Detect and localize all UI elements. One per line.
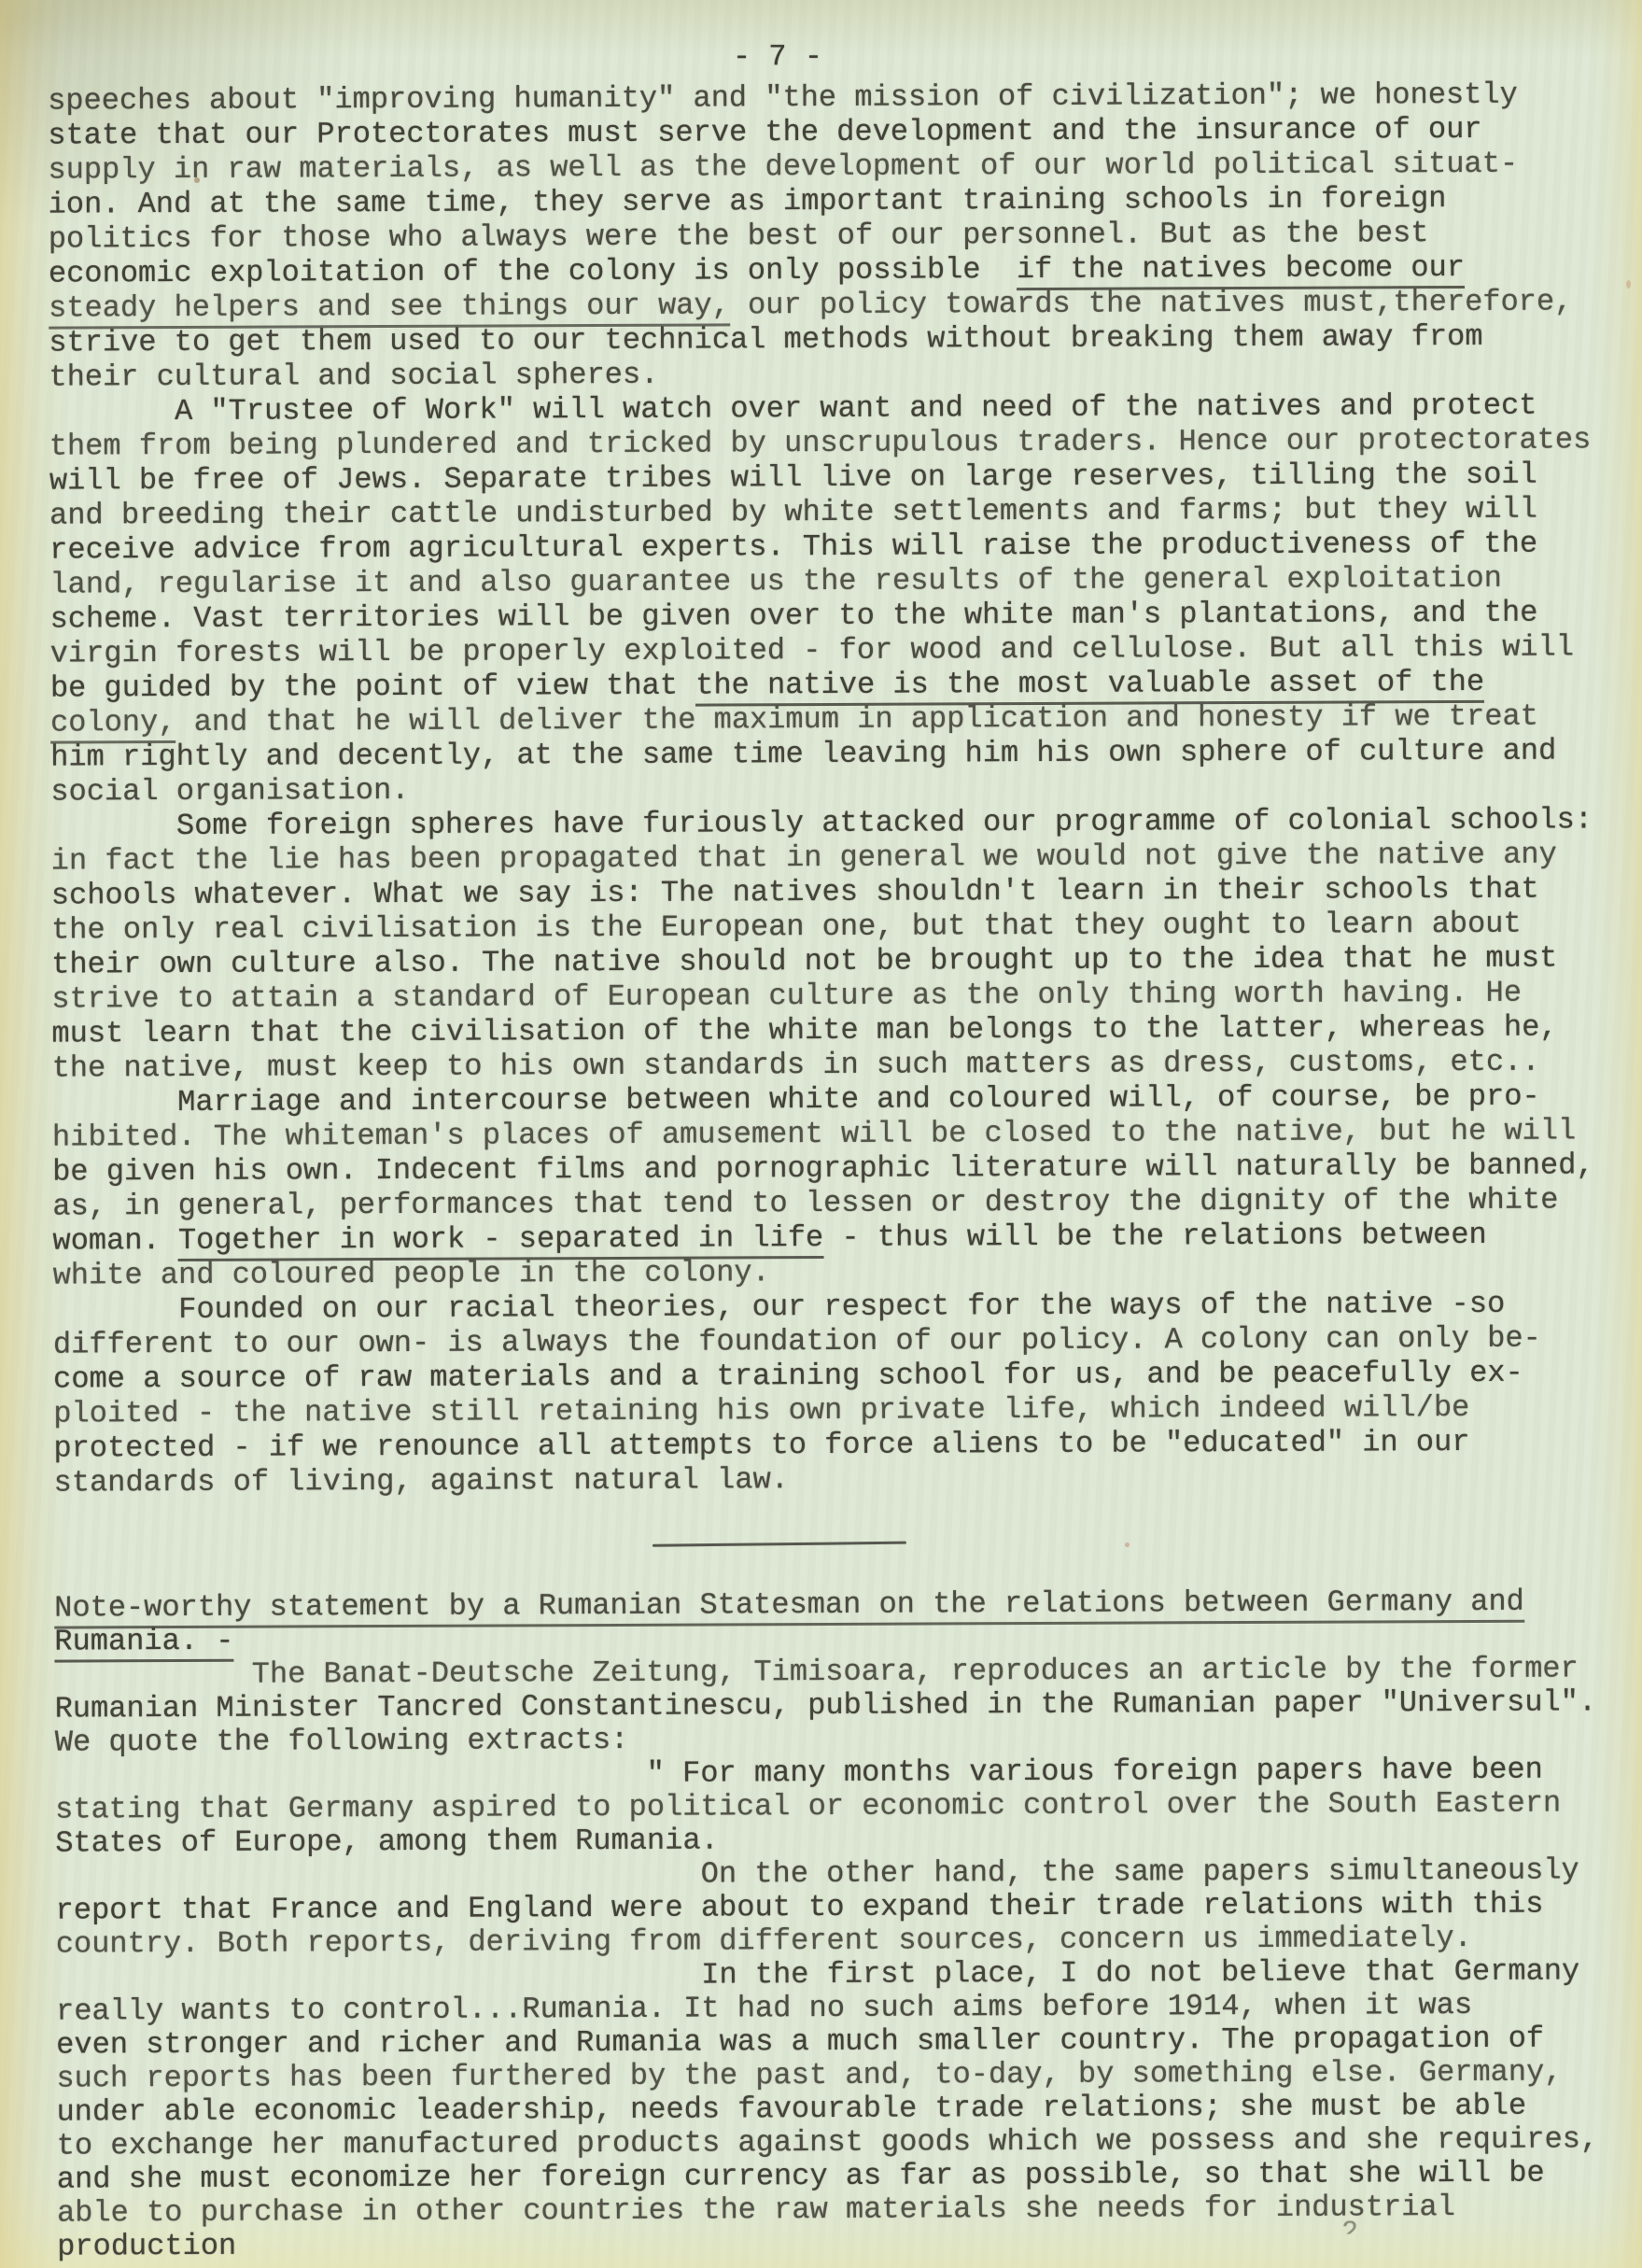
- text-run: social organisation.: [50, 773, 409, 810]
- text-run: our policy towards the natives must,ther…: [730, 284, 1573, 322]
- scanned-page-content: - 7 - speeches about "improving humanity…: [0, 0, 1642, 2268]
- text-run: strive to get them used to our technical…: [49, 319, 1482, 360]
- page: - 7 - speeches about "improving humanity…: [0, 0, 1642, 2268]
- paper-speck: [1626, 280, 1631, 289]
- article-section: Note-worthy statement by a Rumanian Stat…: [54, 1585, 1642, 2264]
- text-run: politics for those who always were the b…: [49, 216, 1429, 256]
- text-run: their cultural and social spheres.: [49, 358, 658, 395]
- body-text: speeches about "improving humanity" and …: [48, 78, 1642, 1501]
- text-run: States of Europe, among them Rumania.: [55, 1823, 719, 1860]
- text-run: economic exploitation of the colony is o…: [49, 252, 1017, 291]
- stray-mark: 2: [1341, 2217, 1358, 2233]
- text-blocks: speeches about "improving humanity" and …: [0, 0, 1637, 4]
- text-run: and that he will deliver the maximum in …: [175, 699, 1538, 740]
- text-run: Rumanian Minister Tancred Constantinescu…: [55, 1684, 1597, 1726]
- text-run: able to purchase in other countries the …: [57, 2190, 1455, 2231]
- underlined-text: colony,: [50, 705, 176, 744]
- text-run: him rightly and decently, at the same ti…: [50, 734, 1556, 775]
- text-run: woman.: [52, 1223, 178, 1259]
- text-run: stating that Germany aspired to politica…: [55, 1786, 1561, 1827]
- text-run: be guided by the point of view that: [50, 669, 695, 706]
- text-run: production: [57, 2229, 236, 2264]
- text-run: We quote the following extracts:: [55, 1723, 629, 1760]
- text-run: standards of living, against natural law…: [54, 1462, 789, 1500]
- section-divider: [653, 1542, 906, 1547]
- paper-speck: [1125, 1543, 1130, 1547]
- text-line: standards of living, against natural law…: [54, 1460, 1642, 1501]
- page-number: - 7 -: [733, 39, 822, 74]
- text-line: production: [57, 2224, 1642, 2264]
- paper-speck: [194, 177, 200, 183]
- text-run: white and coloured people in the colony.: [53, 1255, 770, 1292]
- text-run: protected - if we renounce all attempts …: [53, 1425, 1469, 1466]
- text-run: - thus will be the relations between: [823, 1218, 1487, 1255]
